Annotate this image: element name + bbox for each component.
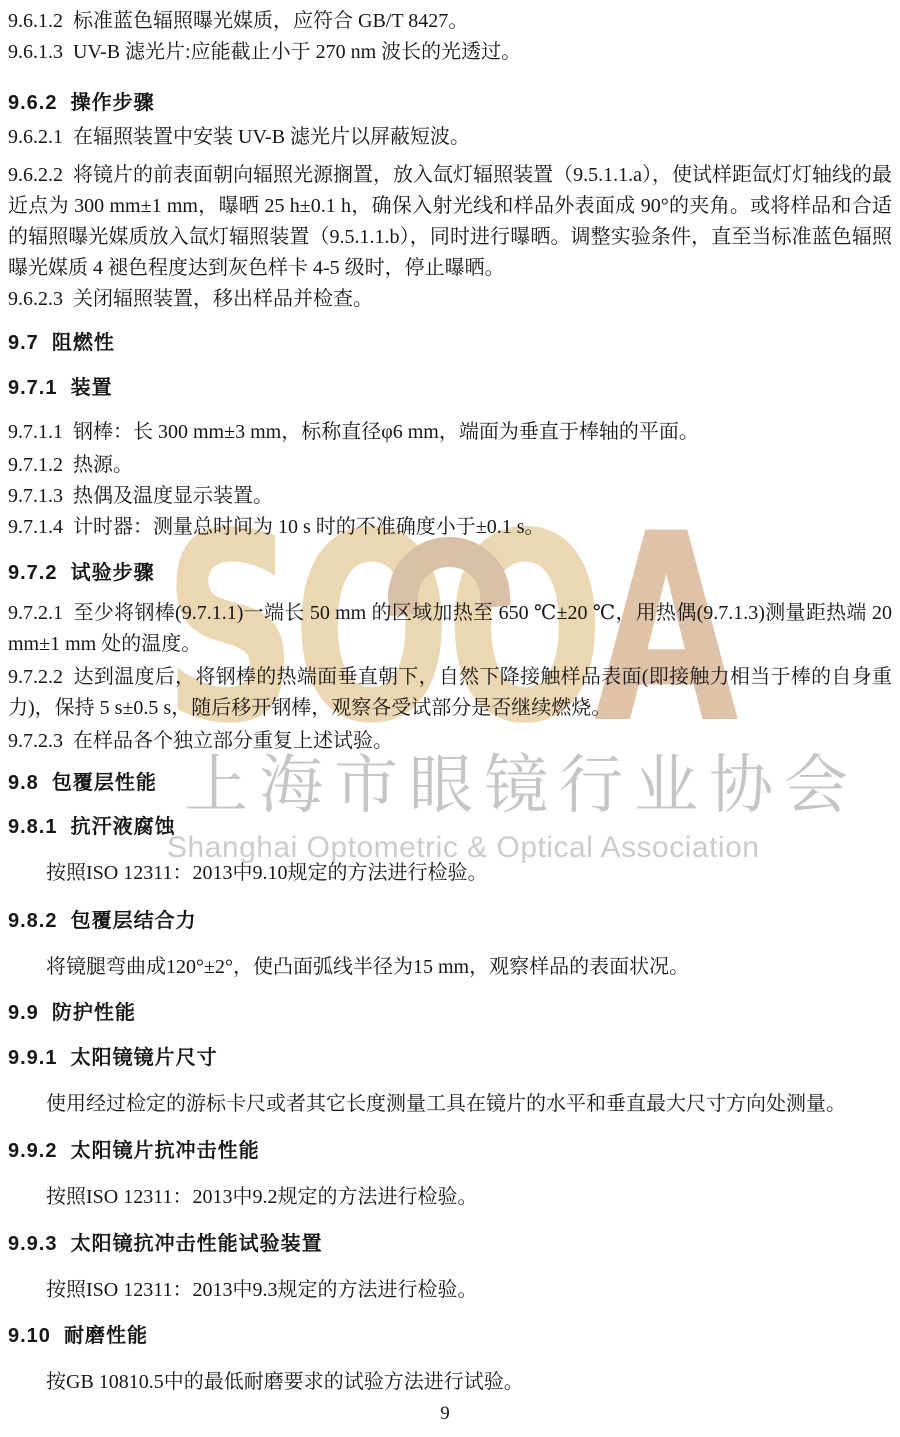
indented-paragraph: 按照ISO 12311：2013中9.10规定的方法进行检验。: [8, 858, 892, 889]
clause-line: 9.7.1.3 热偶及温度显示装置。: [8, 481, 892, 512]
clause-line: 9.6.2.1 在辐照装置中安装 UV-B 滤光片以屏蔽短波。: [8, 122, 892, 153]
clause-line: 9.6.1.3 UV-B 滤光片:应能截止小于 270 nm 波长的光透过。: [8, 37, 892, 68]
indented-paragraph: 使用经过检定的游标卡尺或者其它长度测量工具在镜片的水平和垂直最大尺寸方向处测量。: [8, 1089, 892, 1120]
clause-line: 9.7.2.3 在样品各个独立部分重复上述试验。: [8, 726, 892, 757]
section-heading: 9.7.2 试验步骤: [8, 558, 892, 589]
indented-paragraph: 按照ISO 12311：2013中9.3规定的方法进行检验。: [8, 1275, 892, 1306]
section-heading: 9.10 耐磨性能: [8, 1321, 892, 1352]
section-heading: 9.6.2 操作步骤: [8, 88, 892, 119]
indented-paragraph: 按照ISO 12311：2013中9.2规定的方法进行检验。: [8, 1182, 892, 1213]
document-page: SOOA 上海市眼镜行业协会 Shanghai Optometric & Opt…: [0, 0, 900, 1437]
section-heading: 9.9.1 太阳镜镜片尺寸: [8, 1043, 892, 1074]
clause-line: 9.7.1.1 钢棒：长 300 mm±3 mm，标称直径φ6 mm，端面为垂直…: [8, 417, 892, 448]
section-heading: 9.7 阻燃性: [8, 328, 892, 359]
clause-paragraph: 9.6.2.2 将镜片的前表面朝向辐照光源搁置，放入氙灯辐照装置（9.5.1.1…: [8, 160, 892, 284]
indented-paragraph: 按GB 10810.5中的最低耐磨要求的试验方法进行试验。: [8, 1367, 892, 1398]
section-heading: 9.8.1 抗汗液腐蚀: [8, 812, 892, 843]
clause-line: 9.6.1.2 标准蓝色辐照曝光媒质，应符合 GB/T 8427。: [8, 6, 892, 37]
clause-paragraph: 9.7.2.1 至少将钢棒(9.7.1.1)一端长 50 mm 的区域加热至 6…: [8, 598, 892, 660]
section-heading: 9.7.1 装置: [8, 373, 892, 404]
clause-line: 9.6.2.3 关闭辐照装置，移出样品并检查。: [8, 284, 892, 315]
section-heading: 9.8 包覆层性能: [8, 768, 892, 799]
clause-line: 9.7.1.2 热源。: [8, 450, 892, 481]
section-heading: 9.8.2 包覆层结合力: [8, 906, 892, 937]
indented-paragraph: 将镜腿弯曲成120°±2°，使凸面弧线半径为15 mm，观察样品的表面状况。: [8, 952, 892, 983]
section-heading: 9.9 防护性能: [8, 998, 892, 1029]
clause-line: 9.7.1.4 计时器：测量总时间为 10 s 时的不准确度小于±0.1 s。: [8, 512, 892, 543]
page-number: 9: [0, 1403, 890, 1425]
clause-paragraph: 9.7.2.2 达到温度后，将钢棒的热端面垂直朝下，自然下降接触样品表面(即接触…: [8, 662, 892, 724]
section-heading: 9.9.2 太阳镜片抗冲击性能: [8, 1136, 892, 1167]
document-body: 9.6.1.2 标准蓝色辐照曝光媒质，应符合 GB/T 8427。 9.6.1.…: [0, 0, 900, 1398]
section-heading: 9.9.3 太阳镜抗冲击性能试验装置: [8, 1229, 892, 1260]
